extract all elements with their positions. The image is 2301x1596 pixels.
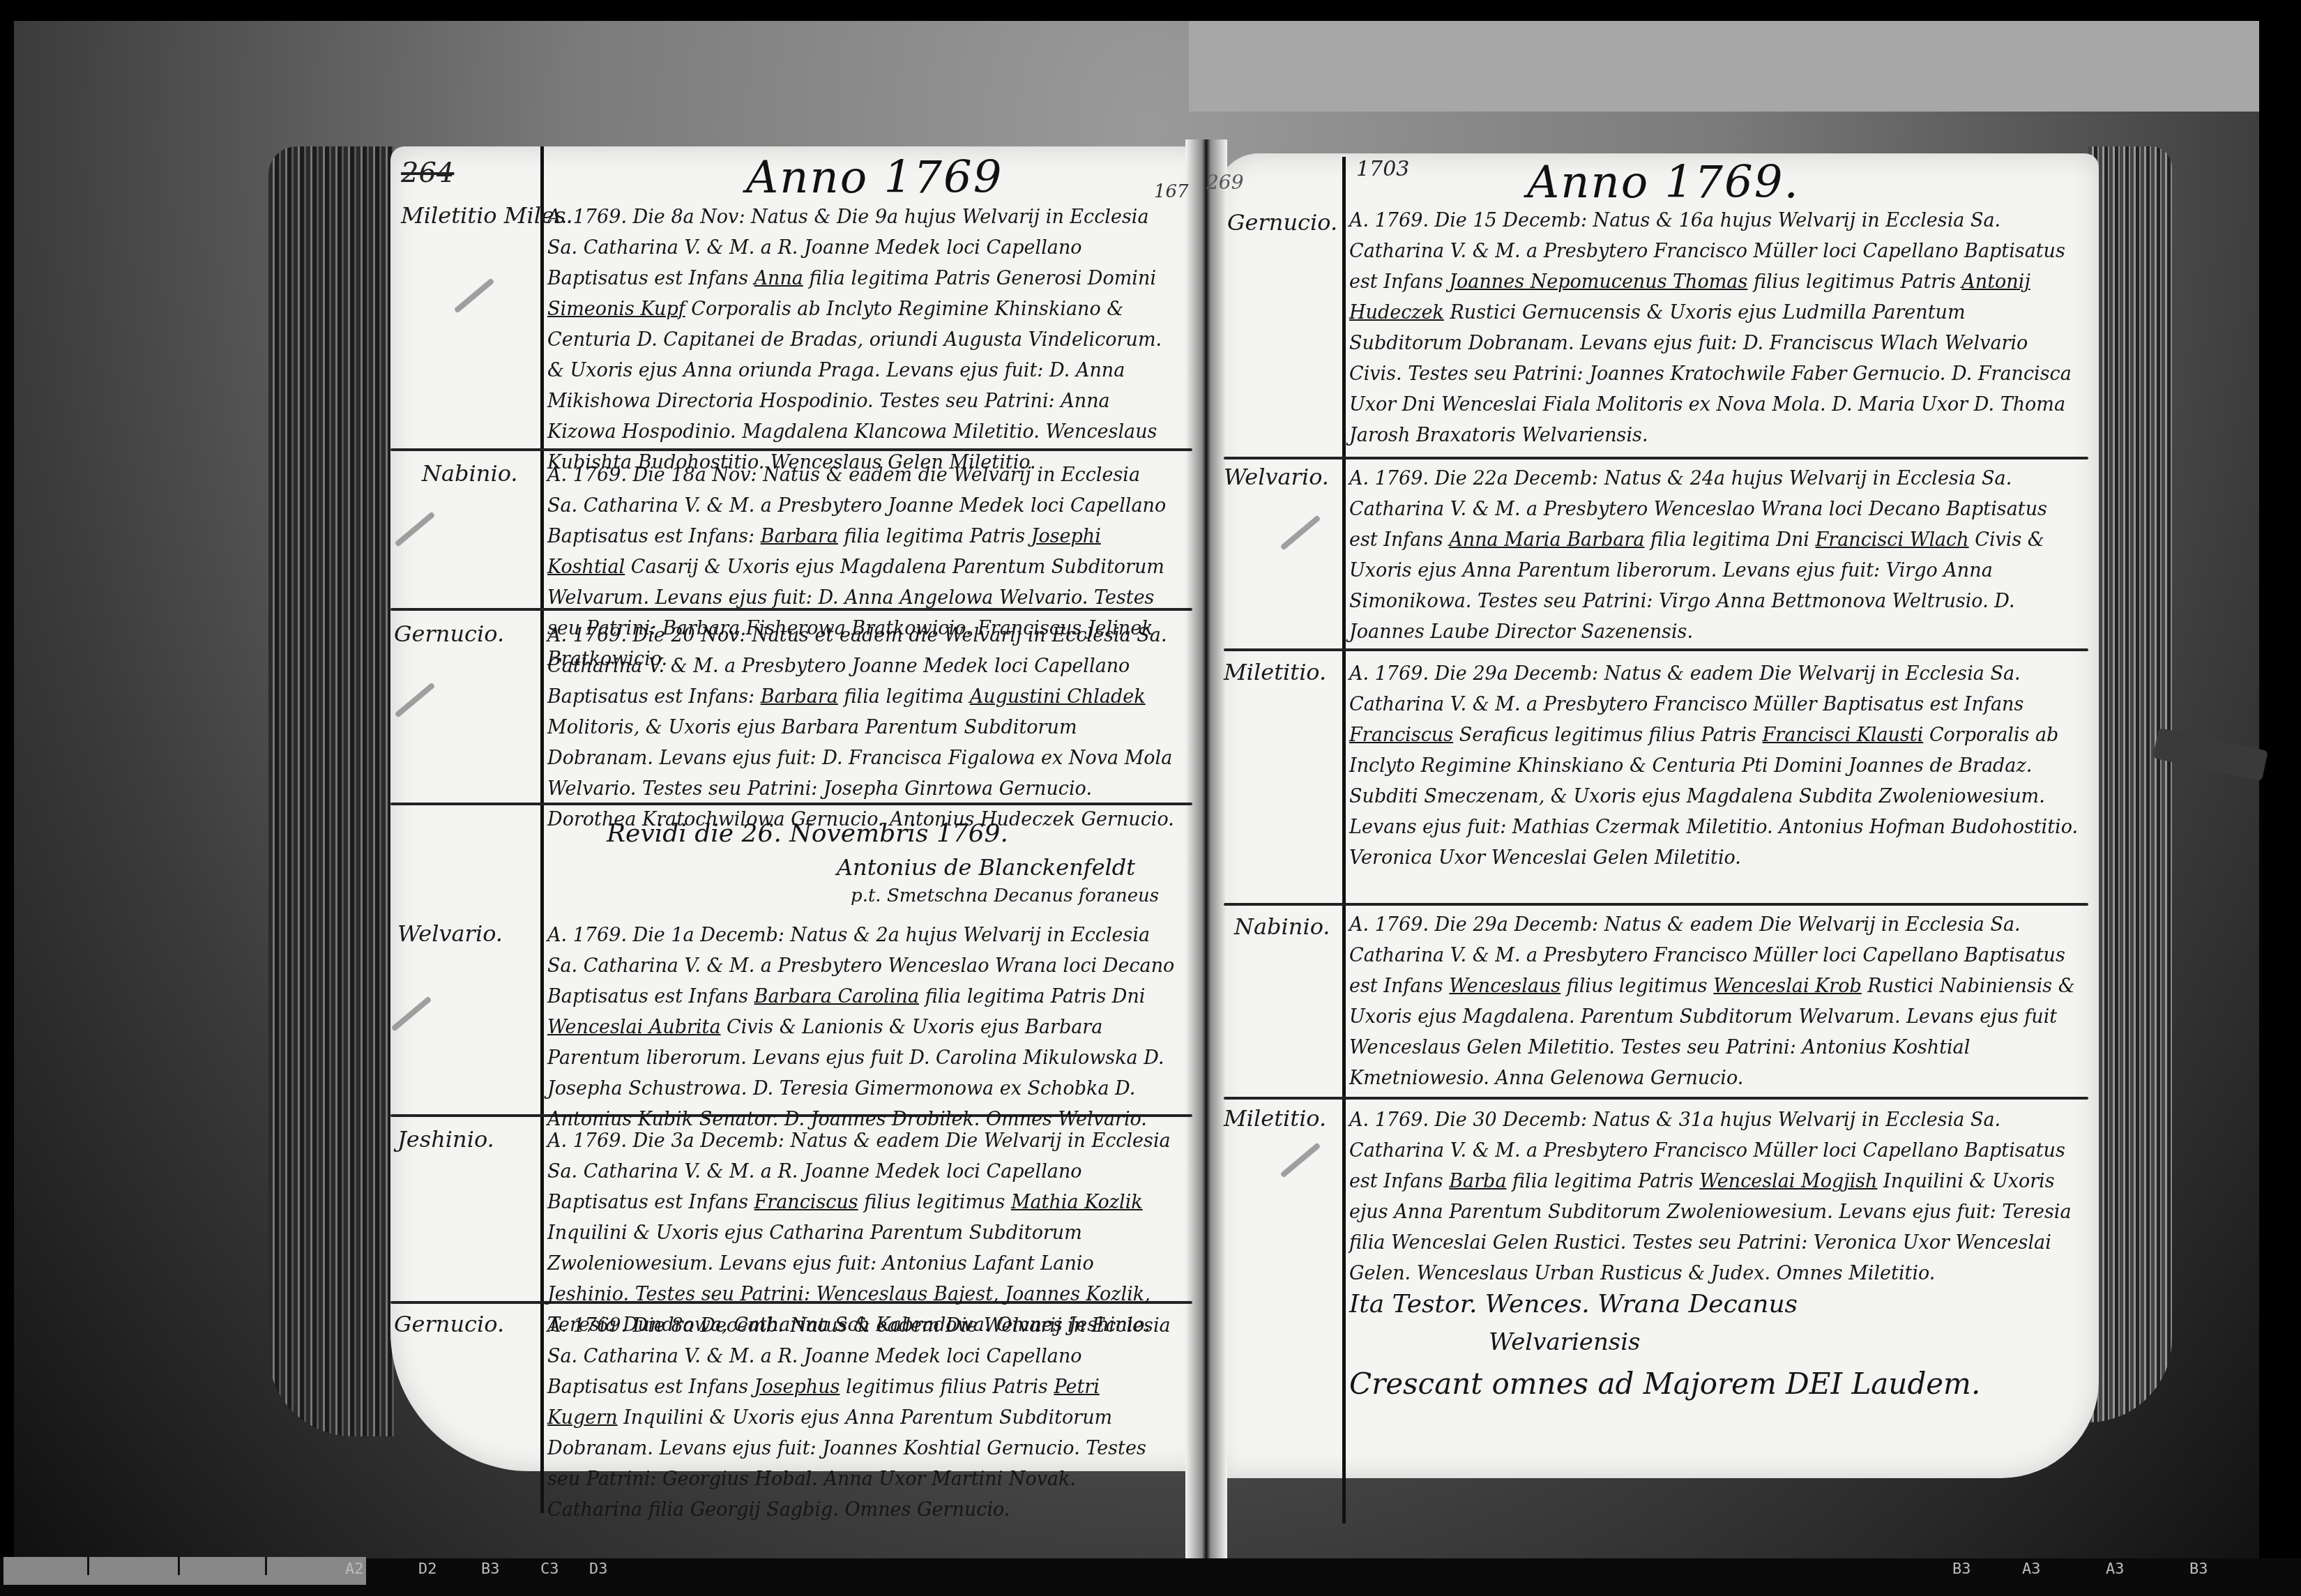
child-name: Franciscus — [1349, 724, 1453, 746]
calibration-label: C3 — [540, 1560, 559, 1578]
baptism-entry: A. 1769. Die 20 Nov: Natus et eadem die … — [547, 621, 1175, 835]
baptism-entry: A. 1769. Die 8a Nov: Natus & Die 9a huju… — [547, 202, 1175, 478]
calibration-tick — [178, 1557, 180, 1575]
calibration-density-patch — [3, 1557, 366, 1585]
year-heading-left: Anno 1769 — [746, 152, 1003, 204]
entry-place: Miletitio. — [1224, 1105, 1326, 1132]
scanner-bed-surface — [1189, 21, 2263, 112]
child-name: Barbara Carolina — [754, 986, 920, 1008]
revision-signature: Antonius de Blanckenfeldt — [837, 854, 1135, 881]
child-name: Barbara — [761, 686, 838, 708]
calibration-label: B3 — [1952, 1560, 1971, 1578]
baptism-entry: A. 1769. Die 22a Decemb: Natus & 24a huj… — [1349, 464, 2081, 648]
scan-border-top — [0, 0, 2301, 21]
page-edges-right — [2088, 146, 2172, 1422]
father-name: Wenceslai Mogjish — [1699, 1171, 1877, 1192]
baptism-entry: A. 1769. Die 1a Decemb: Natus & 2a hujus… — [547, 920, 1175, 1135]
baptism-entry: A. 1769. Die 15 Decemb: Natus & 16a huju… — [1349, 206, 2081, 451]
attestation-place: Welvariensis — [1489, 1328, 1641, 1356]
entry-place: Gernucio. — [394, 1311, 504, 1337]
calibration-label: D3 — [589, 1560, 608, 1578]
entry-place: Nabinio. — [1234, 913, 1330, 940]
baptism-entry: A. 1769. Die 29a Decemb: Natus & eadem D… — [1349, 910, 2081, 1094]
folio-mark: 167 — [1154, 181, 1189, 202]
child-name: Wenceslaus — [1449, 975, 1560, 997]
calibration-label: B3 — [481, 1560, 500, 1578]
calibration-tick — [265, 1557, 267, 1575]
entry-place: Jeshinio. — [397, 1126, 494, 1153]
row-divider — [1224, 903, 2088, 906]
page-number-left: 264 — [401, 157, 454, 189]
father-name: Augustini Chladek — [970, 686, 1146, 708]
revision-date: Revidi die 26. Novembris 1769. — [607, 819, 1008, 848]
year-heading-right: Anno 1769. — [1527, 157, 1800, 208]
scan-border-right — [2259, 0, 2301, 1596]
father-name: Francisci Klausti — [1763, 724, 1924, 746]
calibration-label: D2 — [418, 1560, 437, 1578]
baptism-entry: A. 1769. Die 30 Decemb: Natus & 31a huju… — [1349, 1105, 2081, 1289]
entry-place: Miletitio. — [1224, 659, 1326, 685]
revision-title: p.t. Smetschna Decanus foraneus — [851, 886, 1159, 906]
child-name: Josephus — [754, 1376, 840, 1398]
father-name: Mathia Kozlik — [1011, 1192, 1143, 1213]
entry-place: Gernucio. — [394, 621, 504, 647]
calibration-tick — [87, 1557, 89, 1575]
page-number-right: 1703 — [1356, 157, 1409, 181]
baptism-entry: A. 1769. Die 8a Decemb: Natus & eadem Di… — [547, 1311, 1175, 1526]
father-name: Simeonis Kupf — [547, 298, 685, 320]
right-page-margin-rule — [1342, 157, 1346, 1523]
baptism-entry: A. 1769. Die 29a Decemb: Natus & eadem D… — [1349, 659, 2081, 874]
father-name: Francisci Wlach — [1816, 529, 1969, 551]
row-divider — [1224, 648, 2088, 651]
calibration-label: B3 — [2189, 1560, 2208, 1578]
corner-number: 269 — [1206, 171, 1243, 194]
page-edges-left — [268, 146, 394, 1436]
attestation-signature: Ita Testor. Wences. Wrana Decanus — [1349, 1290, 1798, 1318]
father-name: Wenceslai Aubrita — [547, 1017, 720, 1038]
scan-border-left — [0, 0, 14, 1596]
row-divider — [1224, 457, 2088, 459]
child-name: Joannes Nepomucenus Thomas — [1449, 271, 1747, 293]
book-gutter — [1185, 139, 1227, 1576]
calibration-label: A3 — [2022, 1560, 2041, 1578]
father-name: Wenceslai Krob — [1713, 975, 1861, 997]
baptism-entry: A. 1769. Die 3a Decemb: Natus & eadem Di… — [547, 1126, 1175, 1341]
calibration-label: A3 — [2106, 1560, 2125, 1578]
row-divider — [1224, 1097, 2088, 1100]
child-name: Barba — [1449, 1171, 1506, 1192]
child-name: Anna Maria Barbara — [1449, 529, 1644, 551]
entry-place: Nabinio. — [422, 460, 518, 487]
entry-place: Welvario. — [1224, 464, 1329, 490]
left-page-margin-rule — [540, 146, 544, 1513]
child-name: Barbara — [761, 526, 838, 547]
entry-place: Gernucio. — [1227, 209, 1337, 236]
entry-place: Welvario. — [397, 920, 503, 947]
closing-motto: Crescant omnes ad Majorem DEI Laudem. — [1349, 1367, 1980, 1401]
calibration-label: A2 — [345, 1560, 364, 1578]
child-name: Franciscus — [754, 1192, 858, 1213]
child-name: Anna — [754, 268, 803, 289]
